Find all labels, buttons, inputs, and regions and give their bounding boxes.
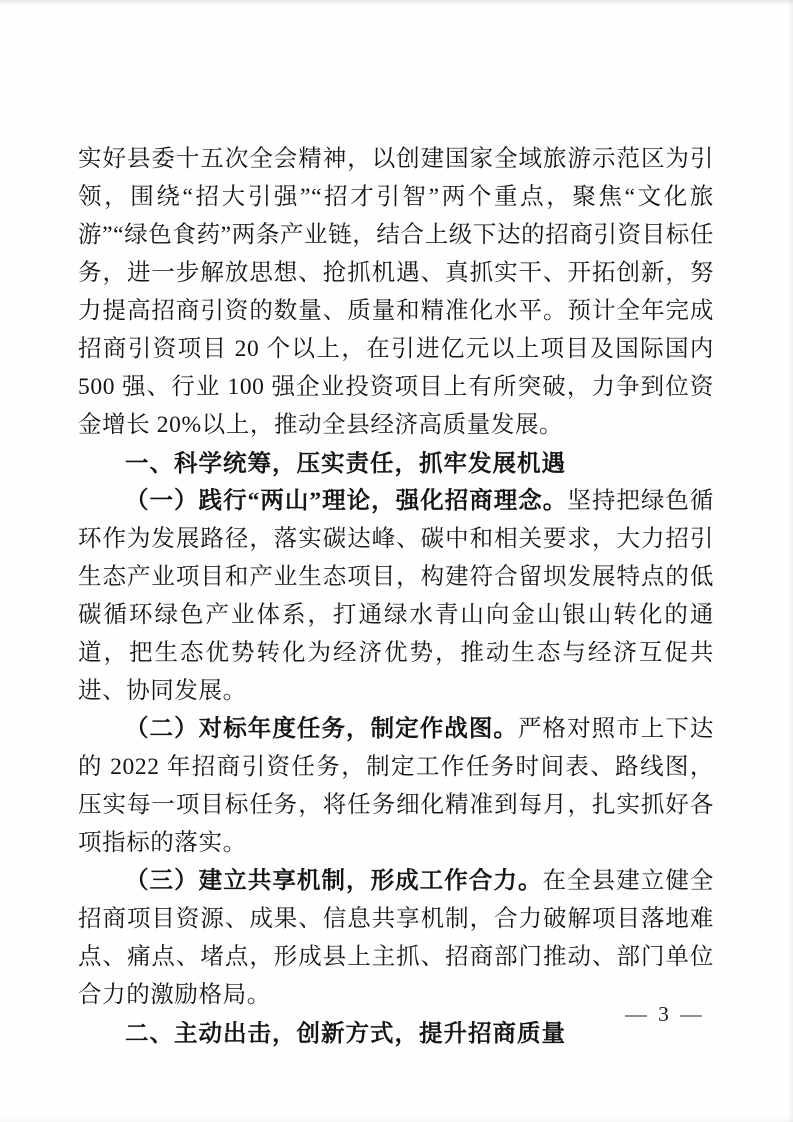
paragraph-lead: （二）对标年度任务，制定作战图。	[125, 716, 518, 742]
paragraph-item-2: （二）对标年度任务，制定作战图。严格对照市上下达的 2022 年招商引资任务，制…	[78, 710, 714, 862]
paragraph-lead: （三）建立共享机制，形成工作合力。	[125, 868, 543, 894]
paragraph-item-1: （一）践行“两山”理论，强化招商理念。坚持把绿色循环作为发展路径，落实碳达峰、碳…	[78, 482, 714, 710]
paragraph-continuation: 实好县委十五次全会精神，以创建国家全域旅游示范区为引领，围绕“招大引强”“招才引…	[78, 140, 714, 444]
paragraph-item-3: （三）建立共享机制，形成工作合力。在全县建立健全招商项目资源、成果、信息共享机制…	[78, 862, 714, 1014]
document-body: 实好县委十五次全会精神，以创建国家全域旅游示范区为引领，围绕“招大引强”“招才引…	[78, 140, 714, 1052]
paragraph-text: 坚持把绿色循环作为发展路径，落实碳达峰、碳中和相关要求，大力招引生态产业项目和产…	[78, 488, 714, 704]
section-heading-1: 一、科学统筹，压实责任，抓牢发展机遇	[78, 444, 714, 482]
document-page: 实好县委十五次全会精神，以创建国家全域旅游示范区为引领，围绕“招大引强”“招才引…	[0, 0, 793, 1122]
paragraph-lead: （一）践行“两山”理论，强化招商理念。	[125, 488, 567, 514]
page-number: — 3 —	[600, 1002, 730, 1027]
